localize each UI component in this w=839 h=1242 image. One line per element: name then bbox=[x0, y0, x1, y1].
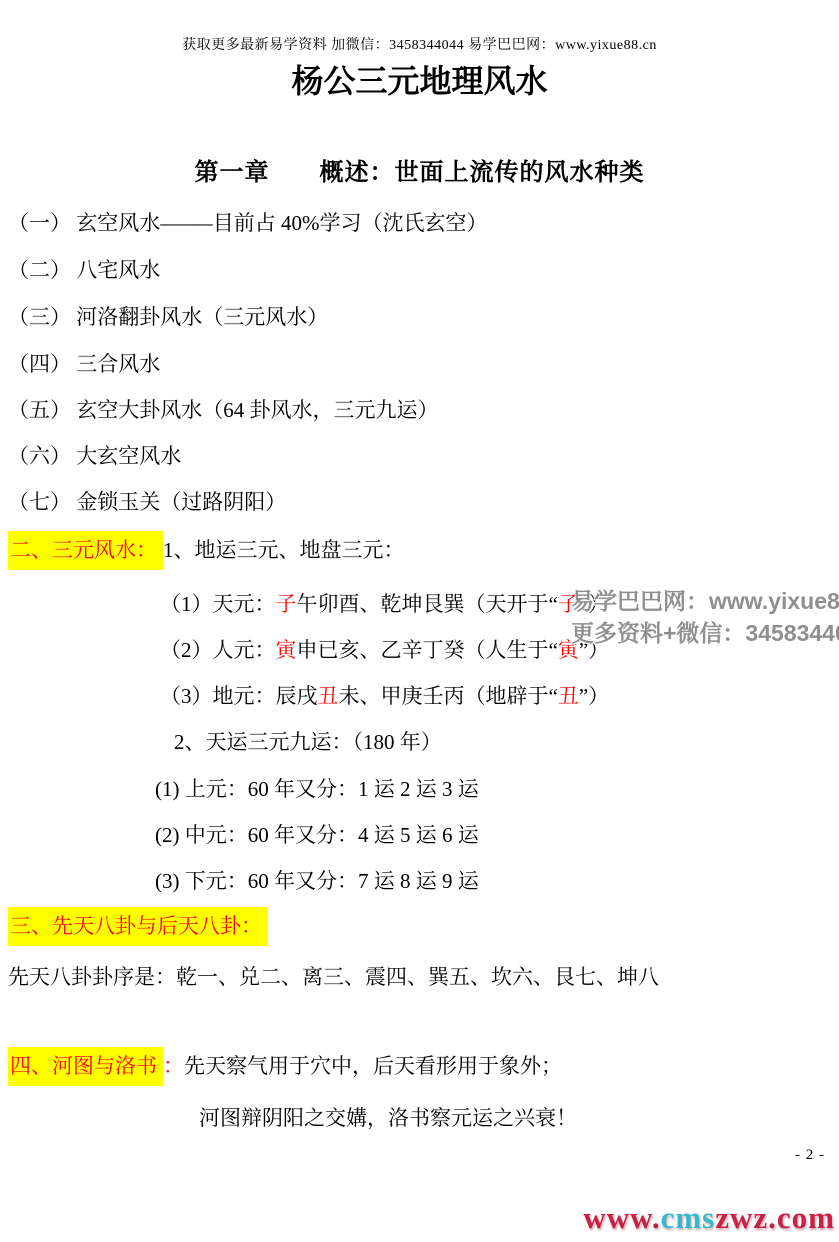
yun-line-1: (1) 上元：60 年又分：1 运 2 运 3 运 bbox=[155, 774, 479, 804]
section3-row: 三、先天八卦与后天八卦： bbox=[8, 907, 268, 946]
list-item-3: （三） 河洛翻卦风水（三元风水） bbox=[8, 302, 328, 332]
site-watermark-line1: 易学巴巴网：www.yixue88.cn bbox=[571, 585, 839, 617]
list-item-2: （二） 八宅风水 bbox=[8, 255, 160, 285]
list-item-6: （六） 大玄空风水 bbox=[8, 441, 181, 471]
document-page: 获取更多最新易学资料 加微信：3458344044 易学巴巴网：www.yixu… bbox=[0, 0, 839, 1242]
renyuan-line: （2）人元：寅申已亥、乙辛丁癸（人生于“寅”） bbox=[160, 635, 609, 665]
site-watermark-line2: 更多资料+微信：3458344044 bbox=[571, 617, 839, 649]
footer-watermark-part1: www. bbox=[583, 1200, 660, 1235]
chapter-heading: 第一章 概述：世面上流传的风水种类 bbox=[0, 152, 839, 187]
header-note: 获取更多最新易学资料 加微信：3458344044 易学巴巴网：www.yixu… bbox=[0, 34, 839, 54]
text-run: （3）地元：辰戌 bbox=[160, 684, 318, 708]
text-run: （1）天元： bbox=[160, 592, 276, 616]
section2-intro: 1、地运三元、地盘三元： bbox=[163, 538, 405, 562]
section3-body: 先天八卦卦序是：乾一、兑二、离三、震四、巽五、坎六、艮七、坤八 bbox=[8, 962, 659, 992]
document-title: 杨公三元地理风水 bbox=[0, 56, 839, 102]
text-run: 申已亥、乙辛丁癸（人生于“ bbox=[297, 638, 558, 662]
page-number: - 2 - bbox=[795, 1147, 825, 1164]
section4-line2: 河图辩阴阳之交媾，洛书察元运之兴衰！ bbox=[199, 1103, 577, 1133]
tianyuan-line: （1）天元：子午卯酉、乾坤艮巽（天开于“子”） bbox=[160, 589, 609, 619]
red-run: 丑 bbox=[318, 684, 339, 708]
list-item-4: （四） 三合风水 bbox=[8, 349, 160, 379]
yun-line-2: (2) 中元：60 年又分：4 运 5 运 6 运 bbox=[155, 820, 479, 850]
text-run: （2）人元： bbox=[160, 638, 276, 662]
text-run: 午卯酉、乾坤艮巽（天开于“ bbox=[297, 592, 558, 616]
list-item-5: （五） 玄空大卦风水（64 卦风水，三元九运） bbox=[8, 395, 439, 425]
footer-watermark: www.cmszwz.com bbox=[583, 1200, 835, 1236]
list-item-1: （一） 玄空风水–––––目前占 40%学习（沈氏玄空） bbox=[8, 208, 488, 238]
yun-line-3: (3) 下元：60 年又分：7 运 8 运 9 运 bbox=[155, 866, 479, 896]
red-run: 寅 bbox=[276, 638, 297, 662]
diyuan-line: （3）地元：辰戌丑未、甲庚壬丙（地辟于“丑”） bbox=[160, 681, 609, 711]
section2-heading-highlight: 二、三元风水： bbox=[8, 531, 163, 570]
section4-colon: ： bbox=[163, 1054, 184, 1078]
tianyun-heading: 2、天运三元九运：（180 年） bbox=[174, 727, 442, 757]
red-run: 丑 bbox=[558, 684, 579, 708]
section4-line1: 先天察气用于穴中，后天看形用于象外； bbox=[184, 1054, 562, 1078]
list-item-7: （七） 金锁玉关（过路阴阳） bbox=[8, 487, 286, 517]
footer-watermark-part2: cms bbox=[661, 1200, 716, 1235]
section3-heading-highlight: 三、先天八卦与后天八卦： bbox=[8, 907, 268, 946]
section4-heading-highlight: 四、河图与洛书 bbox=[8, 1047, 163, 1086]
red-run: 子 bbox=[276, 592, 297, 616]
footer-watermark-part3: zwz.com bbox=[715, 1200, 835, 1235]
site-watermark: 易学巴巴网：www.yixue88.cn 更多资料+微信：3458344044 bbox=[571, 585, 839, 649]
section2-row: 二、三元风水：1、地运三元、地盘三元： bbox=[8, 531, 405, 570]
section4-row: 四、河图与洛书：先天察气用于穴中，后天看形用于象外； bbox=[8, 1047, 562, 1086]
text-run: ”） bbox=[579, 684, 609, 708]
text-run: 未、甲庚壬丙（地辟于“ bbox=[339, 684, 558, 708]
